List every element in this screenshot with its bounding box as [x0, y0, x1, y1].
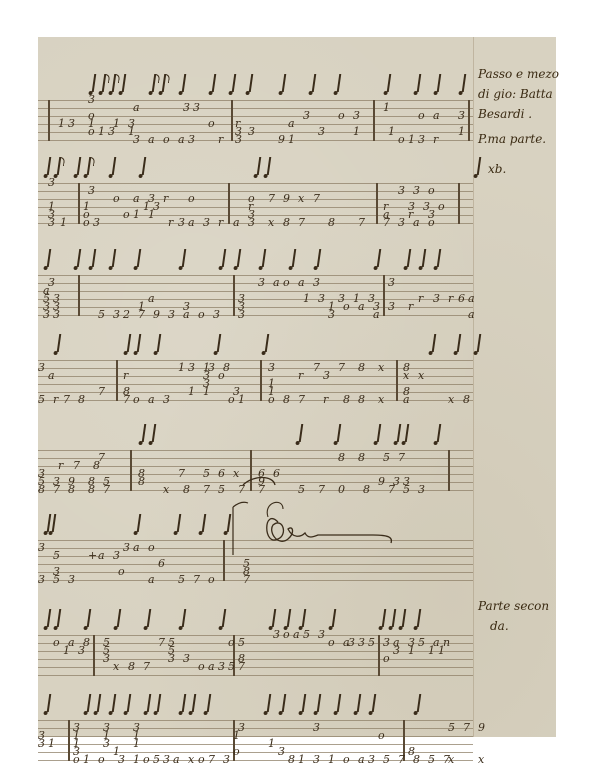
tab-fret-mark: 3 [38, 574, 45, 585]
rhythm-flag [182, 609, 186, 627]
tab-fret-mark: a [298, 277, 305, 288]
tab-fret-mark: 8 [288, 754, 295, 765]
tab-fret-mark: 3 [398, 185, 405, 196]
tab-fret-mark: 3 [413, 185, 420, 196]
rhythm-flag [317, 249, 321, 267]
tab-fret-mark: 3 [258, 277, 265, 288]
tab-fret-mark: 3 [133, 134, 140, 145]
title-line-2: di gio: Batta [478, 87, 553, 102]
tab-fret-mark: 3 [318, 126, 325, 137]
tab-fret-mark: 3 [203, 217, 210, 228]
rhythm-flag [47, 609, 51, 627]
tab-fret-mark: 7 [208, 754, 215, 765]
barline [93, 635, 95, 676]
barline [468, 100, 470, 141]
tab-fret-mark: 3 [48, 217, 55, 228]
section-mark: xb. [488, 162, 506, 177]
tab-fret-mark: 1 [288, 134, 295, 145]
tab-fret-mark: a [98, 550, 105, 561]
rhythm-flag [407, 249, 411, 267]
rhythm-flag [437, 424, 441, 442]
tab-fret-mark: 1 [408, 645, 415, 656]
tab-fret-mark: a [133, 542, 140, 553]
tab-fret-mark: o [143, 754, 150, 765]
tab-fret-mark: 8 [183, 484, 190, 495]
tab-fret-mark: a [133, 193, 140, 204]
tab-fret-mark: 7 [178, 468, 185, 479]
tab-fret-mark: o [88, 126, 95, 137]
tab-fret-mark: 7 [383, 217, 390, 228]
tab-fret-mark: r [433, 134, 438, 145]
tab-fret-mark: 7 [398, 452, 405, 463]
barline [130, 450, 132, 491]
tab-fret-mark: 8 [38, 484, 45, 495]
tab-fret-mark: o [343, 301, 350, 312]
barline [48, 100, 50, 141]
tab-fret-mark: 3 [43, 309, 50, 320]
barline [233, 275, 235, 316]
tab-fret-mark: 5 [448, 722, 455, 733]
tab-fret-mark: 1 [98, 126, 105, 137]
barline [231, 100, 233, 141]
tab-fret-mark: 3 [433, 293, 440, 304]
tab-fret-mark: o [383, 653, 390, 664]
rhythm-flag [152, 74, 156, 92]
rhythm-flag [299, 424, 303, 442]
tab-fret-mark: 7 [143, 661, 150, 672]
tablature-system: oa813553x8775533oa35o5873oa53oa3533a35an… [38, 607, 473, 687]
tab-fret-mark: 5 [383, 452, 390, 463]
tab-fret-mark: 8 [358, 362, 365, 373]
rhythm-flag [137, 334, 141, 352]
tab-fret-mark: 3 [388, 277, 395, 288]
tab-fret-mark: 3 [88, 185, 95, 196]
staff-line [38, 564, 473, 565]
tab-fret-mark: r [408, 301, 413, 312]
tab-fret-mark: o [73, 754, 80, 765]
barline [383, 275, 385, 316]
tab-fret-mark: 7 [243, 574, 250, 585]
tab-fret-mark: 3 [388, 301, 395, 312]
tab-fret-mark: x [298, 193, 304, 204]
tab-fret-mark: 5 [38, 394, 45, 405]
barline [448, 450, 450, 491]
tab-fret-mark: r [163, 193, 168, 204]
rhythm-flag [377, 249, 381, 267]
tab-fret-mark: o [83, 217, 90, 228]
rhythm-flag [57, 609, 61, 627]
tab-fret-mark: 5 [428, 754, 435, 765]
rhythm-flag [77, 157, 81, 175]
tab-fret-mark: r [218, 217, 223, 228]
tab-fret-mark: o [148, 542, 155, 553]
rhythm-flag [282, 74, 286, 92]
tab-fret-mark: 7 [298, 217, 305, 228]
tab-fret-mark: o [228, 637, 235, 648]
tab-fret-mark: x [378, 394, 384, 405]
tab-fret-mark: 3 [38, 362, 45, 373]
rhythm-flag [387, 74, 391, 92]
barline [260, 360, 262, 401]
tab-fret-mark: 1 [58, 118, 65, 129]
tab-fret-mark: a [133, 102, 140, 113]
tab-fret-mark: x [478, 754, 484, 765]
rhythm-flag [302, 694, 306, 712]
tab-fret-mark: 8 [128, 661, 135, 672]
tab-fret-mark: 3 [53, 309, 60, 320]
rhythm-flag [405, 424, 409, 442]
tab-fret-mark: 3 [103, 738, 110, 749]
tab-fret-mark: 1 [178, 362, 185, 373]
tab-fret-mark: x [268, 217, 274, 228]
tab-fret-mark: 3 [398, 217, 405, 228]
rhythm-flag [417, 694, 421, 712]
tab-fret-mark: 3 [458, 110, 465, 121]
rhythm-flag [417, 74, 421, 92]
part-label: P.ma parte. [478, 132, 546, 147]
tab-fret-mark: x [403, 370, 409, 381]
tab-fret-mark: 8 [343, 394, 350, 405]
staff-line [38, 667, 473, 668]
tab-fret-mark: 6 [158, 558, 165, 569]
tab-fret-mark: 1 [238, 394, 245, 405]
tab-fret-mark: a [273, 277, 280, 288]
barline [458, 183, 460, 224]
tab-fret-mark: a [183, 309, 190, 320]
tab-fret-mark: a [433, 110, 440, 121]
barline [396, 360, 398, 401]
rhythm-flag [142, 424, 146, 442]
rhythm-flag [217, 334, 221, 352]
tab-fret-mark: a [358, 301, 365, 312]
staff-line [38, 275, 473, 276]
tab-fret-mark: 3 [238, 722, 245, 733]
tab-fret-mark: o [198, 661, 205, 672]
tab-fret-mark: x [188, 754, 194, 765]
staff-line [38, 580, 473, 581]
rhythm-flag [249, 74, 253, 92]
rhythm-flag [47, 514, 51, 532]
tab-fret-mark: 3 [103, 653, 110, 664]
tab-fret-mark: r [418, 293, 423, 304]
staff-line [38, 108, 473, 109]
rhythm-flag [87, 609, 91, 627]
rhythm-flag [157, 694, 161, 712]
tab-fret-mark: 3 [38, 542, 45, 553]
tab-fret-mark: 1 [328, 754, 335, 765]
rhythm-flag [292, 249, 296, 267]
tab-fret-mark: o [98, 754, 105, 765]
tab-fret-mark: 3 [68, 118, 75, 129]
tab-fret-mark: 9 [278, 134, 285, 145]
tab-fret-mark: 3 [248, 217, 255, 228]
staff-line [38, 291, 473, 292]
rhythm-flag [477, 334, 481, 352]
tab-fret-mark: 7 [138, 309, 145, 320]
tab-fret-mark: o [188, 193, 195, 204]
rhythm-flag [57, 157, 61, 175]
tab-fret-mark: o [208, 574, 215, 585]
tab-fret-mark: r [123, 370, 128, 381]
tab-fret-mark: a [148, 134, 155, 145]
tab-fret-mark: r [58, 460, 63, 471]
tab-fret-mark: 3 [353, 110, 360, 121]
tab-fret-mark: r [218, 134, 223, 145]
tab-fret-mark: a [403, 394, 410, 405]
tab-fret-mark: 3 [328, 309, 335, 320]
rhythm-flag [457, 334, 461, 352]
tab-fret-mark: a [468, 293, 475, 304]
tab-fret-mark: 3 [313, 722, 320, 733]
tab-fret-mark: x [448, 394, 454, 405]
tab-fret-mark: 2 [123, 309, 130, 320]
tab-fret-mark: 5 [403, 484, 410, 495]
rhythm-flag [127, 334, 131, 352]
tab-fret-mark: a [468, 309, 475, 320]
tab-fret-mark: a [48, 370, 55, 381]
tab-fret-mark: 3 [418, 484, 425, 495]
tab-fret-mark: 3 [118, 754, 125, 765]
rhythm-flag [122, 74, 126, 92]
tab-fret-mark: 1 [428, 645, 435, 656]
tab-fret-mark: 8 [283, 394, 290, 405]
tab-fret-mark: 5 [153, 754, 160, 765]
margin-rule [473, 37, 474, 737]
rhythm-flag [382, 609, 386, 627]
tab-fret-mark: x [418, 370, 424, 381]
barline [373, 100, 375, 141]
tab-fret-mark: o [113, 193, 120, 204]
tab-fret-mark: 3 [93, 217, 100, 228]
tab-fret-mark: 1 [268, 738, 275, 749]
rhythm-flag [92, 249, 96, 267]
tab-fret-mark: r [53, 394, 58, 405]
tab-fret-mark: 7 [298, 394, 305, 405]
tab-fret-mark: 8 [408, 746, 415, 757]
tab-fret-mark: 5 [53, 574, 60, 585]
tab-fret-mark: 3 [108, 126, 115, 137]
tab-fret-mark: 3 [318, 629, 325, 640]
barline [68, 720, 70, 761]
tab-fret-mark: 3 [235, 134, 242, 145]
tab-fret-mark: 3 [163, 394, 170, 405]
rhythm-flag [112, 157, 116, 175]
tab-fret-mark: 3 [168, 653, 175, 664]
tab-fret-mark: 5 [418, 637, 425, 648]
rhythm-flag [397, 424, 401, 442]
tab-fret-mark: 8 [463, 394, 470, 405]
rhythm-flag [87, 694, 91, 712]
staff-line [38, 283, 473, 284]
tab-fret-mark: o [343, 754, 350, 765]
tab-fret-mark: 3 [318, 293, 325, 304]
rhythm-flag [282, 694, 286, 712]
tab-fret-mark: 1 [133, 738, 140, 749]
tab-fret-mark: 1 [63, 645, 70, 656]
staff-line [38, 116, 473, 117]
tab-fret-mark: a [188, 217, 195, 228]
rhythm-flag [257, 157, 261, 175]
tab-fret-mark: 3 [78, 645, 85, 656]
tab-fret-mark: a [208, 661, 215, 672]
tab-fret-mark: o [338, 110, 345, 121]
rhythm-flag [377, 424, 381, 442]
rhythm-flag [477, 157, 481, 175]
rhythm-flag [147, 694, 151, 712]
tab-fret-mark: 3 [223, 754, 230, 765]
rhythm-flag [267, 157, 271, 175]
rhythm-flag [137, 249, 141, 267]
tab-fret-mark: 3 [268, 362, 275, 373]
tab-fret-mark: x [163, 484, 169, 495]
rhythm-flag [137, 514, 141, 532]
tab-fret-mark: 5 [98, 309, 105, 320]
second-part-label-1: Parte secon [478, 599, 549, 614]
tab-fret-mark: 1 [188, 386, 195, 397]
staff-line [38, 223, 473, 224]
tab-fret-mark: o [228, 394, 235, 405]
tab-fret-mark: 1 [408, 134, 415, 145]
tab-fret-mark: 7 [103, 484, 110, 495]
tab-fret-mark: 3 [183, 102, 190, 113]
tab-fret-mark: x [113, 661, 119, 672]
tab-fret-mark: 8 [78, 394, 85, 405]
rhythm-flag [312, 74, 316, 92]
tab-fret-mark: 7 [313, 362, 320, 373]
rhythm-flag [212, 74, 216, 92]
rhythm-flag [112, 74, 116, 92]
tab-fret-mark: 3 [303, 110, 310, 121]
rhythm-flag [177, 514, 181, 532]
tab-fret-mark: 1 [48, 738, 55, 749]
tab-fret-mark: a [373, 309, 380, 320]
tab-fret-mark: a [148, 574, 155, 585]
tab-fret-mark: 1 [458, 126, 465, 137]
tab-fret-mark: 7 [73, 460, 80, 471]
tablature-system: 33131133131311o1o31o53axo731o31381331oa3… [38, 692, 473, 772]
tab-fret-mark: o [398, 134, 405, 145]
tab-fret-mark: o [198, 754, 205, 765]
tab-fret-mark: 3 [383, 637, 390, 648]
rhythm-flag [337, 424, 341, 442]
tab-fret-mark: a [413, 217, 420, 228]
staff-line [38, 191, 473, 192]
tab-fret-mark: 3 [113, 309, 120, 320]
rhythm-flag [317, 694, 321, 712]
barline [376, 183, 378, 224]
rhythm-flag [162, 74, 166, 92]
second-part-label-2: da. [490, 619, 509, 634]
tab-fret-mark: 3 [123, 542, 130, 553]
tab-fret-mark: 3 [193, 102, 200, 113]
tab-fret-mark: 9 [283, 193, 290, 204]
rhythm-flag [392, 609, 396, 627]
tablature-system: 3a33oo13113o1313aoa3rr3333a913o3111o13ro… [38, 72, 473, 152]
tab-fret-mark: 1 [388, 126, 395, 137]
rhythm-flag [337, 74, 341, 92]
tab-fret-mark: 3 [323, 370, 330, 381]
tab-fret-mark: o [328, 637, 335, 648]
tab-fret-mark: a [148, 293, 155, 304]
tab-fret-mark: o [378, 730, 385, 741]
tab-fret-mark: 1 [60, 217, 67, 228]
rhythm-flag [52, 514, 56, 532]
tab-fret-mark: 3 [188, 134, 195, 145]
tab-fret-mark: 6 [458, 293, 465, 304]
rhythm-flag [127, 694, 131, 712]
tab-fret-mark: 7 [338, 362, 345, 373]
rhythm-flag [222, 609, 226, 627]
barline [78, 275, 80, 316]
tab-fret-mark: 3 [113, 550, 120, 561]
tab-fret-mark: 5 [178, 574, 185, 585]
tab-fret-mark: 3 [168, 309, 175, 320]
tab-fret-mark: 8 [358, 452, 365, 463]
tab-fret-mark: 3 [418, 134, 425, 145]
tab-fret-mark: 8 [283, 217, 290, 228]
tab-fret-mark: o [198, 309, 205, 320]
tab-fret-mark: 7 [358, 217, 365, 228]
tablature-system: 3a533333a13532793ao33333aoa3133131oa33a3… [38, 247, 473, 327]
rhythm-flag [117, 609, 121, 627]
tab-fret-mark: 7 [63, 394, 70, 405]
tab-fret-mark: a [233, 217, 240, 228]
rhythm-flag [417, 609, 421, 627]
tab-fret-mark: o [133, 394, 140, 405]
barline [116, 360, 118, 401]
rhythm-flag [237, 249, 241, 267]
tab-fret-mark: a [288, 118, 295, 129]
staff-line [38, 100, 473, 101]
tab-fret-mark: + [88, 550, 97, 561]
rhythm-flag [182, 249, 186, 267]
tab-fret-mark: o [233, 746, 240, 757]
rhythm-flag [332, 609, 336, 627]
tab-fret-mark: 3 [213, 309, 220, 320]
tab-fret-mark: r [448, 293, 453, 304]
rhythm-flag [422, 249, 426, 267]
rhythm-flag [47, 157, 51, 175]
tablature-system: 33oa3ro11133oo1131o3r3a3rao79x7r33x87873… [38, 155, 473, 235]
tab-fret-mark: 5 [238, 637, 245, 648]
tab-fret-mark: 1 [438, 645, 445, 656]
tab-fret-mark: 3 [88, 94, 95, 105]
tab-fret-mark: 3 [368, 754, 375, 765]
title-line-1: Passo e mezo [478, 67, 559, 82]
barline [378, 635, 380, 676]
staff-line [38, 675, 473, 676]
tab-fret-mark: 7 [203, 484, 210, 495]
rhythm-flag [267, 694, 271, 712]
rhythm-flag [302, 609, 306, 627]
tab-fret-mark: 9 [153, 309, 160, 320]
tab-fret-mark: 7 [238, 661, 245, 672]
tab-fret-mark: x [378, 362, 384, 373]
tab-fret-mark: 3 [313, 754, 320, 765]
tab-fret-mark: r [168, 217, 173, 228]
rhythm-flag [157, 334, 161, 352]
rhythm-flag [97, 694, 101, 712]
rhythm-flag [112, 249, 116, 267]
tab-fret-mark: 5 [368, 637, 375, 648]
rhythm-flag [402, 609, 406, 627]
rhythm-flag [147, 609, 151, 627]
tab-fret-mark: 7 [193, 574, 200, 585]
staff-line [38, 572, 473, 573]
tab-fret-mark: a [178, 134, 185, 145]
rhythm-flag [182, 74, 186, 92]
tab-fret-mark: 8 [338, 452, 345, 463]
